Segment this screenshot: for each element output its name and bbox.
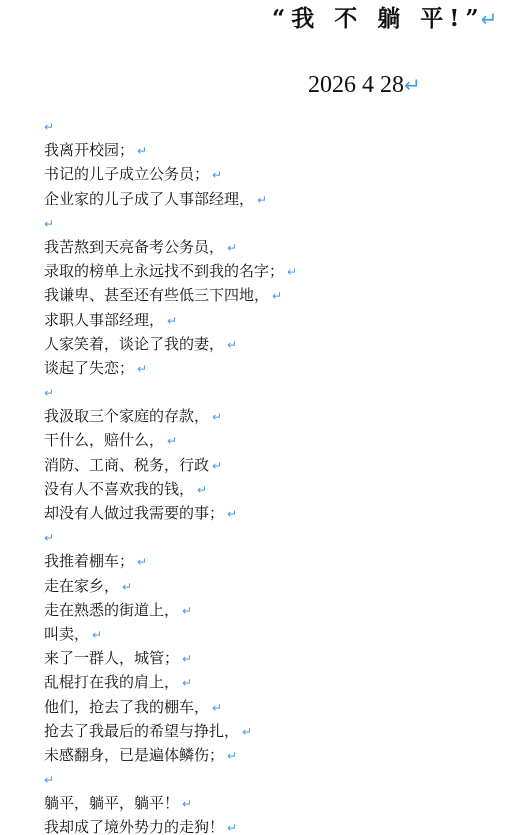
paragraph-mark-icon: ↵ xyxy=(227,241,237,255)
paragraph-mark-icon: ↵ xyxy=(481,7,498,31)
poem-line[interactable]: 未感翻身，已是遍体鳞伤；↵ xyxy=(44,743,504,767)
line-text: 未感翻身，已是遍体鳞伤； xyxy=(44,746,224,764)
paragraph-mark-icon: ↵ xyxy=(227,821,237,835)
poem-line[interactable]: 我谦卑、甚至还有些低三下四地，↵ xyxy=(44,283,504,307)
line-text: 乱棍打在我的肩上， xyxy=(44,673,179,691)
line-text: 谈起了失恋； xyxy=(44,359,134,377)
paragraph-mark-icon: ↵ xyxy=(182,797,192,811)
paragraph-mark-icon: ↵ xyxy=(227,749,237,763)
poem-line[interactable]: 书记的儿子成立公务员；↵ xyxy=(44,162,504,186)
paragraph-mark-icon: ↵ xyxy=(212,410,222,424)
empty-paragraph[interactable]: ↵ xyxy=(44,767,504,791)
poem-line[interactable]: 求职人事部经理，↵ xyxy=(44,308,504,332)
paragraph-mark-icon: ↵ xyxy=(182,676,192,690)
poem-line[interactable]: 我汲取三个家庭的存款，↵ xyxy=(44,404,504,428)
paragraph-mark-icon: ↵ xyxy=(242,725,252,739)
poem-line[interactable]: 我离开校园；↵ xyxy=(44,138,504,162)
paragraph-mark-icon: ↵ xyxy=(212,701,222,715)
poem-line[interactable]: 却没有人做过我需要的事；↵ xyxy=(44,501,504,525)
poem-line[interactable]: 消防、工商、税务，行政↵ xyxy=(44,453,504,477)
poem-line[interactable]: 我推着棚车；↵ xyxy=(44,549,504,573)
poem-line[interactable]: 录取的榜单上永远找不到我的名字；↵ xyxy=(44,259,504,283)
paragraph-mark-icon: ↵ xyxy=(137,555,147,569)
document-date: 2026 4 28↵ xyxy=(308,70,421,100)
empty-paragraph[interactable]: ↵ xyxy=(44,380,504,404)
line-text: 干什么，赔什么， xyxy=(44,431,164,449)
line-text: 走在熟悉的街道上， xyxy=(44,601,179,619)
poem-line[interactable]: 我苦熬到天亮备考公务员，↵ xyxy=(44,235,504,259)
poem-line[interactable]: 干什么，赔什么，↵ xyxy=(44,428,504,452)
paragraph-mark-icon: ↵ xyxy=(137,144,147,158)
document-title: “我 不 躺 平!”↵ xyxy=(272,4,497,34)
line-text: 我推着棚车； xyxy=(44,552,134,570)
paragraph-mark-icon: ↵ xyxy=(92,628,102,642)
empty-paragraph[interactable]: ↵ xyxy=(44,114,504,138)
line-text: 叫卖， xyxy=(44,625,89,643)
paragraph-mark-icon: ↵ xyxy=(227,507,237,521)
line-text: 没有人不喜欢我的钱， xyxy=(44,480,194,498)
empty-paragraph[interactable]: ↵ xyxy=(44,525,504,549)
paragraph-mark-icon: ↵ xyxy=(212,459,222,473)
poem-line[interactable]: 乱棍打在我的肩上，↵ xyxy=(44,670,504,694)
poem-line[interactable]: 没有人不喜欢我的钱，↵ xyxy=(44,477,504,501)
line-text: 企业家的儿子成了人事部经理， xyxy=(44,190,254,208)
line-text: 我离开校园； xyxy=(44,141,134,159)
line-text: 我苦熬到天亮备考公务员， xyxy=(44,238,224,256)
paragraph-mark-icon: ↵ xyxy=(182,604,192,618)
line-text: 书记的儿子成立公务员； xyxy=(44,165,209,183)
line-text: 我谦卑、甚至还有些低三下四地， xyxy=(44,286,269,304)
paragraph-mark-icon: ↵ xyxy=(257,193,267,207)
poem-line[interactable]: 我却成了境外势力的走狗！↵ xyxy=(44,815,504,835)
poem-line[interactable]: 抢去了我最后的希望与挣扎，↵ xyxy=(44,719,504,743)
poem-line[interactable]: 来了一群人，城管；↵ xyxy=(44,646,504,670)
poem-body[interactable]: ↵我离开校园；↵书记的儿子成立公务员；↵企业家的儿子成了人事部经理，↵↵我苦熬到… xyxy=(44,114,504,835)
paragraph-mark-icon: ↵ xyxy=(182,652,192,666)
line-text: 走在家乡， xyxy=(44,577,119,595)
line-text: 来了一群人，城管； xyxy=(44,649,179,667)
poem-line[interactable]: 企业家的儿子成了人事部经理，↵ xyxy=(44,187,504,211)
document-page: “我 不 躺 平!”↵ 2026 4 28↵ ↵我离开校园；↵书记的儿子成立公务… xyxy=(0,0,529,835)
paragraph-mark-icon: ↵ xyxy=(122,580,132,594)
paragraph-mark-icon: ↵ xyxy=(167,314,177,328)
line-text: 却没有人做过我需要的事； xyxy=(44,504,224,522)
paragraph-mark-icon: ↵ xyxy=(137,362,147,376)
paragraph-mark-icon: ↵ xyxy=(212,168,222,182)
line-text: 抢去了我最后的希望与挣扎， xyxy=(44,722,239,740)
line-text: 他们，抢去了我的棚车， xyxy=(44,698,209,716)
paragraph-mark-icon: ↵ xyxy=(404,73,421,97)
paragraph-mark-icon: ↵ xyxy=(44,773,54,787)
poem-line[interactable]: 人家笑着，谈论了我的妻，↵ xyxy=(44,332,504,356)
paragraph-mark-icon: ↵ xyxy=(272,289,282,303)
line-text: 录取的榜单上永远找不到我的名字； xyxy=(44,262,284,280)
title-text: “我 不 躺 平!” xyxy=(272,5,485,32)
paragraph-mark-icon: ↵ xyxy=(44,217,54,231)
poem-line[interactable]: 走在熟悉的街道上，↵ xyxy=(44,598,504,622)
paragraph-mark-icon: ↵ xyxy=(44,386,54,400)
line-text: 求职人事部经理， xyxy=(44,311,164,329)
poem-line[interactable]: 躺平，躺平，躺平！↵ xyxy=(44,791,504,815)
poem-line[interactable]: 走在家乡，↵ xyxy=(44,574,504,598)
paragraph-mark-icon: ↵ xyxy=(44,120,54,134)
line-text: 我却成了境外势力的走狗！ xyxy=(44,818,224,835)
paragraph-mark-icon: ↵ xyxy=(287,265,297,279)
line-text: 消防、工商、税务，行政 xyxy=(44,456,209,474)
empty-paragraph[interactable]: ↵ xyxy=(44,211,504,235)
paragraph-mark-icon: ↵ xyxy=(44,531,54,545)
paragraph-mark-icon: ↵ xyxy=(197,483,207,497)
poem-line[interactable]: 叫卖，↵ xyxy=(44,622,504,646)
line-text: 躺平，躺平，躺平！ xyxy=(44,794,179,812)
line-text: 人家笑着，谈论了我的妻， xyxy=(44,335,224,353)
paragraph-mark-icon: ↵ xyxy=(167,434,177,448)
line-text: 我汲取三个家庭的存款， xyxy=(44,407,209,425)
paragraph-mark-icon: ↵ xyxy=(227,338,237,352)
date-text: 2026 4 28 xyxy=(308,72,404,98)
poem-line[interactable]: 他们，抢去了我的棚车，↵ xyxy=(44,695,504,719)
poem-line[interactable]: 谈起了失恋；↵ xyxy=(44,356,504,380)
